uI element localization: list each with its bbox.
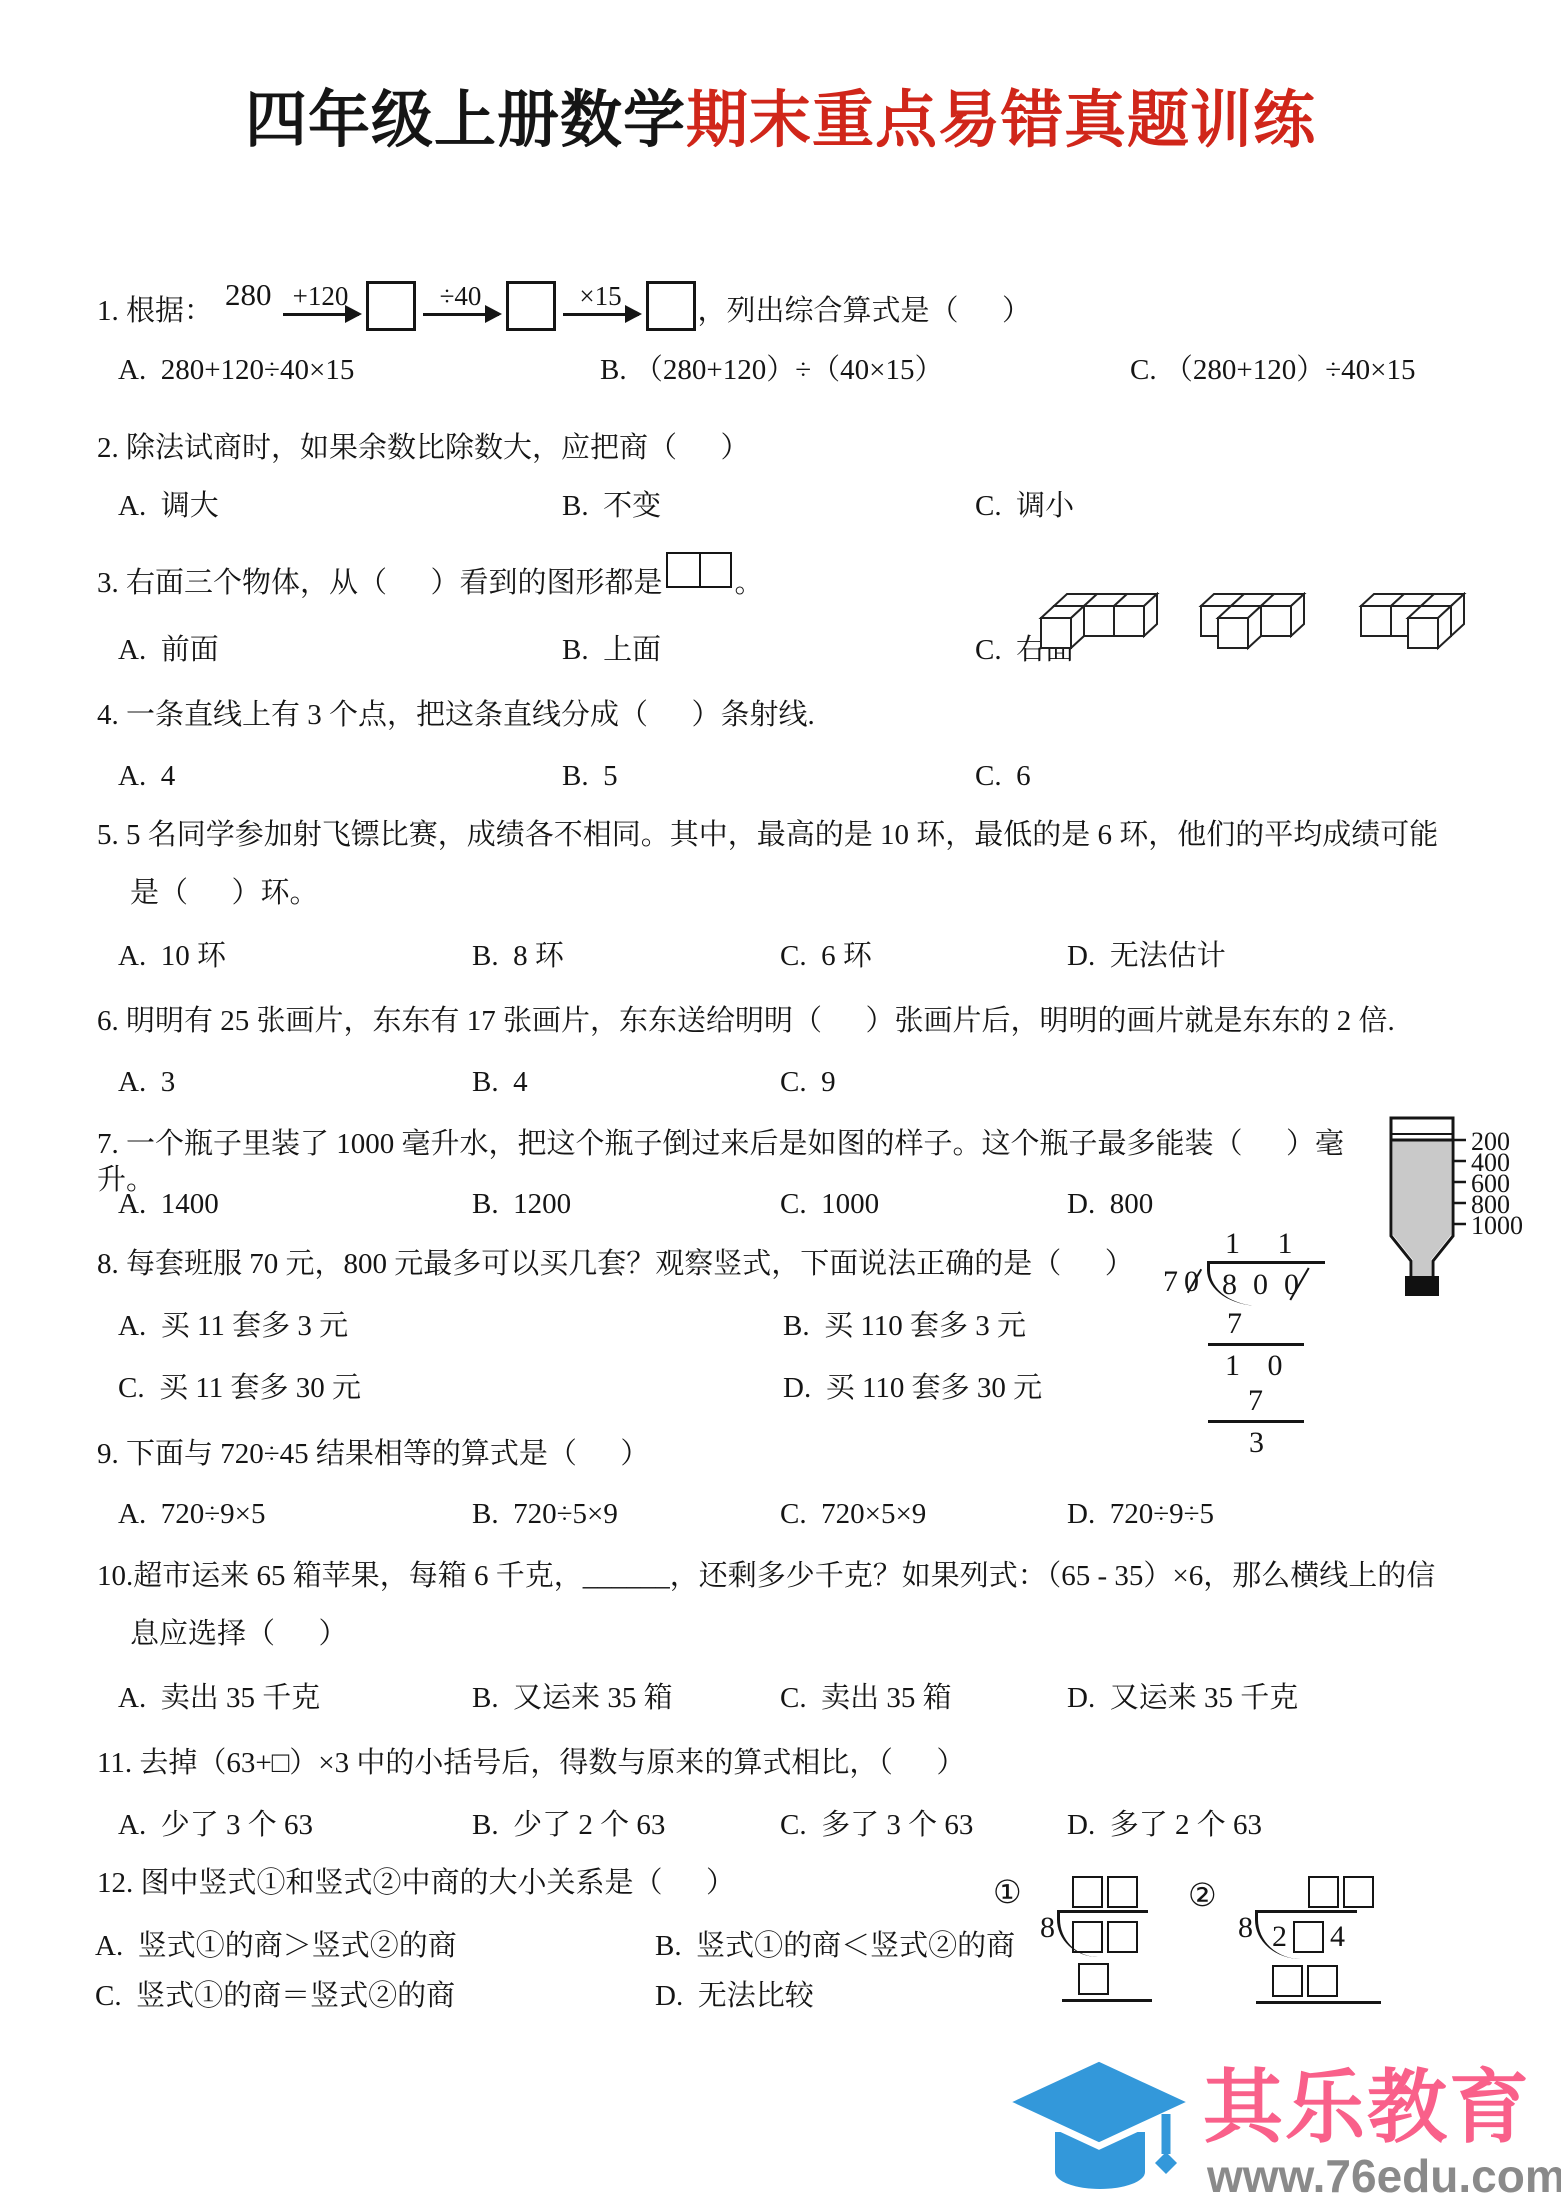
divisor-digit: 7: [1163, 1265, 1184, 1298]
vertical-form-1-label: ①: [993, 1872, 1022, 1912]
question-8: 8. 每套班服 70 元，800 元最多可以买几套？观察竖式，下面说法正确的是（…: [97, 1246, 1134, 1282]
page-title: 四年级上册数学期末重点易错真题训练: [0, 82, 1561, 160]
division-step: 7: [1163, 1383, 1325, 1418]
q2-options: A. 调大 B. 不变 C. 调小: [0, 488, 1561, 530]
vf1-rule: [1062, 1999, 1152, 2002]
q3-option-b: B. 上面: [562, 632, 661, 668]
dividend-digit: 2: [1272, 1919, 1287, 1955]
cube-figure-front-right: [1345, 592, 1467, 656]
flow-arrow-plus120: +120: [283, 283, 359, 316]
flow-blank-box-2: [506, 281, 556, 331]
divisor-digit-crossed: 0: [1184, 1264, 1205, 1299]
question-5-line2: 是（ ）环。: [130, 875, 319, 911]
dividend-digit: 4: [1330, 1919, 1345, 1955]
blank-box: [1072, 1921, 1103, 1953]
cube-figure-front-left: [1038, 592, 1160, 656]
q9-option-a: A. 720÷9×5: [118, 1496, 265, 1532]
q5-option-b: B. 8 环: [472, 938, 564, 974]
arrow-icon: [283, 313, 359, 316]
question-6: 6. 明明有 25 张画片，东东有 17 张画片，东东送给明明（ ）张画片后，明…: [97, 1003, 1395, 1039]
q11-option-a: A. 少了 3 个 63: [118, 1807, 313, 1843]
blank-box: [1272, 1965, 1303, 1997]
q10-options: A. 卖出 35 千克 B. 又运来 35 箱 C. 卖出 35 箱 D. 又运…: [0, 1680, 1561, 1722]
q6-options: A. 3 B. 4 C. 9: [0, 1064, 1561, 1106]
cube-figure-front-middle: [1185, 592, 1307, 656]
q12-option-a: A. 竖式①的商＞竖式②的商: [95, 1928, 457, 1964]
question-2: 2. 除法试商时，如果余数比除数大，应把商（ ）: [97, 430, 750, 466]
q8-options-row2: C. 买 11 套多 30 元 D. 买 110 套多 30 元: [0, 1370, 1561, 1412]
arrow-op-label: ×15: [579, 283, 621, 310]
q6-option-a: A. 3: [118, 1064, 175, 1100]
bottle-water: [1393, 1140, 1451, 1276]
blank-box: [1107, 1921, 1138, 1953]
q11-option-d: D. 多了 2 个 63: [1067, 1807, 1262, 1843]
q2-option-a: A. 调大: [118, 488, 219, 524]
vf2-quotient-boxes: [1306, 1872, 1381, 1908]
division-dividend: 800: [1207, 1261, 1325, 1306]
flow-start-number: 280: [225, 276, 272, 315]
question-11: 11. 去掉（63+□）×3 中的小括号后，得数与原来的算式相比，（ ）: [97, 1745, 965, 1781]
q1-option-a: A. 280+120÷40×15: [118, 352, 354, 388]
q12-option-d: D. 无法比较: [655, 1978, 814, 2014]
arrow-icon: [563, 313, 639, 316]
dividend-digit-crossed: 0: [1284, 1267, 1315, 1302]
blank-box: [1078, 1963, 1109, 1995]
flow-arrow-div40: ÷40: [423, 283, 499, 316]
division-remainder: 3: [1163, 1425, 1325, 1460]
q9-option-b: B. 720÷5×9: [472, 1496, 618, 1532]
question-5-line1: 5. 5 名同学参加射飞镖比赛，成绩各不相同。其中，最高的是 10 环，最低的是…: [97, 817, 1438, 853]
q5-option-a: A. 10 环: [118, 938, 226, 974]
q9-option-c: C. 720×5×9: [780, 1496, 926, 1532]
q8-option-d: D. 买 110 套多 30 元: [783, 1370, 1042, 1406]
vf2-divisor: 8: [1238, 1910, 1253, 1946]
q4-options: A. 4 B. 5 C. 6: [0, 758, 1561, 800]
vertical-form-2: 8 24: [1238, 1872, 1381, 2004]
q8-option-b: B. 买 110 套多 3 元: [783, 1308, 1026, 1344]
dividend-digit: 8: [1222, 1268, 1253, 1301]
brand-url: www.76edu.com: [1207, 2148, 1561, 2206]
bottle-figure: 200 400 600 800 1000: [1389, 1114, 1561, 1300]
blank-box: [1293, 1921, 1324, 1953]
q7-option-b: B. 1200: [472, 1186, 571, 1222]
q7-options: A. 1400 B. 1200 C. 1000 D. 800: [0, 1186, 1561, 1228]
dividend-digit: 0: [1253, 1268, 1284, 1301]
q10-option-a: A. 卖出 35 千克: [118, 1680, 320, 1716]
vf1-quotient-boxes: [1070, 1872, 1152, 1908]
division-quotient: 1 1: [1163, 1226, 1325, 1261]
question-3: 3. 右面三个物体，从（ ）看到的图形都是。: [97, 552, 764, 601]
q5-option-d: D. 无法估计: [1067, 938, 1226, 974]
q3-options: A. 前面 B. 上面 C. 右面: [0, 632, 1561, 674]
q10-option-d: D. 又运来 35 千克: [1067, 1680, 1298, 1716]
flow-blank-box-1: [366, 281, 416, 331]
q10-option-c: C. 卖出 35 箱: [780, 1680, 952, 1716]
q1-option-c: C. （280+120）÷40×15: [1130, 352, 1415, 388]
q1-prefix: 1. 根据：: [97, 293, 213, 329]
q1-suffix: ，列出综合算式是（ ）: [698, 293, 1032, 329]
division-rule: [1208, 1343, 1304, 1346]
vertical-form-2-label: ②: [1188, 1875, 1217, 1915]
title-red-part: 期末重点易错真题训练: [686, 86, 1316, 155]
vf1-dividend-boxes: [1057, 1910, 1148, 1957]
arrow-icon: [423, 313, 499, 316]
blank-box: [1107, 1876, 1138, 1908]
bottle-cap: [1405, 1276, 1439, 1296]
q1-options: A. 280+120÷40×15 B. （280+120）÷（40×15） C.…: [0, 352, 1561, 394]
blank-box: [1072, 1876, 1103, 1908]
q7-option-a: A. 1400: [118, 1186, 219, 1222]
q10-option-b: B. 又运来 35 箱: [472, 1680, 673, 1716]
arrow-op-label: ÷40: [440, 283, 482, 310]
question-9: 9. 下面与 720÷45 结果相等的算式是（ ）: [97, 1436, 649, 1472]
vf2-dividend: 24: [1255, 1910, 1357, 1959]
q4-option-c: C. 6: [975, 758, 1031, 794]
blank-box: [1307, 1965, 1338, 1997]
q9-option-d: D. 720÷9÷5: [1067, 1496, 1214, 1532]
q2-option-c: C. 调小: [975, 488, 1074, 524]
question-12: 12. 图中竖式①和竖式②中商的大小关系是（ ）: [97, 1865, 735, 1901]
q1-option-b: B. （280+120）÷（40×15）: [600, 352, 943, 388]
two-square-grid-figure: [666, 552, 732, 588]
question-10-line1: 10.超市运来 65 箱苹果，每箱 6 千克，______，还剩多少千克？如果列…: [97, 1558, 1435, 1594]
question-10-line2: 息应选择（ ）: [130, 1616, 348, 1652]
q6-option-b: B. 4: [472, 1064, 528, 1100]
q11-option-c: C. 多了 3 个 63: [780, 1807, 973, 1843]
q9-options: A. 720÷9×5 B. 720÷5×9 C. 720×5×9 D. 720÷…: [0, 1496, 1561, 1538]
q3-text: 3. 右面三个物体，从（ ）看到的图形都是: [97, 567, 663, 599]
q4-option-b: B. 5: [562, 758, 618, 794]
vertical-form-1: 8: [1040, 1872, 1152, 2002]
title-black-part: 四年级上册数学: [245, 86, 686, 155]
q4-option-a: A. 4: [118, 758, 175, 794]
q12-option-b: B. 竖式①的商＜竖式②的商: [655, 1928, 1015, 1964]
vf1-divisor: 8: [1040, 1910, 1055, 1946]
worksheet-page: 四年级上册数学期末重点易错真题训练 1. 根据： 280 +120 ÷40 ×1…: [0, 0, 1561, 2206]
blank-box: [1343, 1876, 1374, 1908]
q5-options: A. 10 环 B. 8 环 C. 6 环 D. 无法估计: [0, 938, 1561, 980]
division-rule: [1208, 1420, 1304, 1423]
q8-option-a: A. 买 11 套多 3 元: [118, 1308, 348, 1344]
q8-option-c: C. 买 11 套多 30 元: [118, 1370, 361, 1406]
division-divisor: 70: [1163, 1261, 1205, 1299]
q3-option-a: A. 前面: [118, 632, 219, 668]
graduation-cap-icon: [1000, 2056, 1198, 2204]
q7-option-c: C. 1000: [780, 1186, 879, 1222]
division-step: 7: [1163, 1306, 1325, 1341]
vf2-rule: [1256, 2001, 1381, 2004]
q5-option-c: C. 6 环: [780, 938, 872, 974]
q8-options-row1: A. 买 11 套多 3 元 B. 买 110 套多 3 元: [0, 1308, 1561, 1350]
q11-options: A. 少了 3 个 63 B. 少了 2 个 63 C. 多了 3 个 63 D…: [0, 1807, 1561, 1849]
q11-option-b: B. 少了 2 个 63: [472, 1807, 665, 1843]
q3-text-after: 。: [735, 567, 764, 599]
q6-option-c: C. 9: [780, 1064, 836, 1100]
vf2-sub-boxes: [1270, 1961, 1381, 1997]
question-1: 1. 根据： 280 +120 ÷40 ×15 ，列出综合算式是（ ）: [97, 276, 1031, 331]
brand-name: 其乐教育: [1203, 2058, 1531, 2158]
q2-option-b: B. 不变: [562, 488, 661, 524]
long-division-figure: 1 1 70 800 7 1 0 7 3: [1163, 1226, 1325, 1460]
q7-option-d: D. 800: [1067, 1186, 1153, 1222]
scale-label: 1000: [1471, 1211, 1523, 1240]
blank-box: [1308, 1876, 1339, 1908]
q12-option-c: C. 竖式①的商＝竖式②的商: [95, 1978, 455, 2014]
question-4: 4. 一条直线上有 3 个点，把这条直线分成（ ）条射线.: [97, 697, 815, 733]
flow-blank-box-3: [646, 281, 696, 331]
vf1-sub-box: [1076, 1959, 1152, 1995]
flow-arrow-mul15: ×15: [563, 283, 639, 316]
division-step: 1 0: [1163, 1348, 1325, 1383]
arrow-op-label: +120: [293, 283, 349, 310]
